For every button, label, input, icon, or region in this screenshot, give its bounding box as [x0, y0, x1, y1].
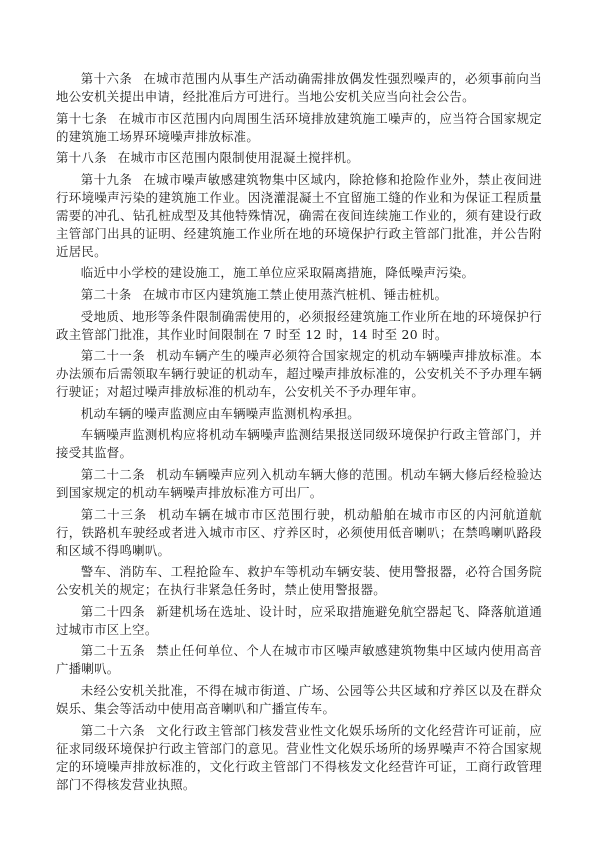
- paragraph-loudspeaker-approval: 未经公安机关批准，不得在城市街道、广场、公园等公共区域和疗养区以及在群众娱乐、集…: [56, 682, 542, 718]
- article-number: 第二十二条: [81, 467, 145, 482]
- paragraph-article-23: 第二十三条机动车辆在城市市区范围行驶，机动船舶在城市市区的内河航道航行，铁路机车…: [56, 506, 542, 560]
- paragraph-monitoring-report: 车辆噪声监测机构应将机动车辆噪声监测结果报送同级环境保护行政主管部门，并接受其监…: [56, 426, 542, 462]
- article-number: 第二十四条: [81, 604, 145, 619]
- paragraph-article-21: 第二十一条机动车辆产生的噪声必须符合国家规定的机动车辆噪声排放标准。本办法颁布后…: [56, 347, 542, 401]
- paragraph-article-19: 第十九条在城市噪声敏感建筑物集中区域内，除抢修和抢险作业外，禁止夜间进行环境噪声…: [56, 171, 542, 261]
- article-number: 第二十一条: [81, 348, 145, 363]
- article-number: 第十九条: [81, 172, 132, 187]
- article-number: 第十七条: [56, 111, 107, 126]
- paragraph-article-20: 第二十条在城市市区内建筑施工禁止使用蒸汽桩机、锤击桩机。: [56, 286, 542, 304]
- paragraph-article-22: 第二十二条机动车辆噪声应列入机动车辆大修的范围。机动车辆大修后经检验达到国家规定…: [56, 466, 542, 502]
- paragraph-geology-limits: 受地质、地形等条件限制确需使用的，必须报经建筑施工作业所在地的环境保护行政主管部…: [56, 308, 542, 344]
- paragraph-text: 在城市市区内建筑施工禁止使用蒸汽桩机、锤击桩机。: [143, 287, 448, 302]
- paragraph-text: 未经公安机关批准，不得在城市街道、广场、公园等公共区域和疗养区以及在群众娱乐、集…: [56, 683, 542, 716]
- article-number: 第十六条: [81, 71, 132, 86]
- paragraph-article-16: 第十六条在城市范围内从事生产活动确需排放偶发性强烈噪声的，必须事前向当地公安机关…: [56, 70, 542, 106]
- paragraph-text: 在城市市区范围内向周围生活环境排放建筑施工噪声的，应当符合国家规定的建筑施工场界…: [56, 111, 542, 144]
- article-number: 第二十五条: [81, 643, 145, 658]
- article-number: 第二十三条: [81, 507, 147, 522]
- paragraph-article-17: 第十七条在城市市区范围内向周围生活环境排放建筑施工噪声的，应当符合国家规定的建筑…: [56, 110, 542, 146]
- paragraph-text: 受地质、地形等条件限制确需使用的，必须报经建筑施工作业所在地的环境保护行政主管部…: [56, 309, 542, 342]
- article-number: 第十八条: [56, 150, 107, 165]
- paragraph-text: 警车、消防车、工程抢险车、救护车等机动车辆安装、使用警报器，必符合国务院公安机关…: [56, 564, 542, 597]
- article-number: 第二十六条: [81, 723, 145, 738]
- paragraph-text: 车辆噪声监测机构应将机动车辆噪声监测结果报送同级环境保护行政主管部门，并接受其监…: [56, 427, 542, 460]
- paragraph-text: 机动车辆的噪声监测应由车辆噪声监测机构承担。: [81, 406, 360, 421]
- paragraph-text: 临近中小学校的建设施工，施工单位应采取隔离措施，降低噪声污染。: [81, 265, 474, 280]
- article-number: 第二十条: [81, 287, 132, 302]
- paragraph-article-18: 第十八条在城市市区范围内限制使用混凝土搅拌机。: [56, 149, 542, 167]
- paragraph-text: 在城市市区范围内限制使用混凝土搅拌机。: [118, 150, 359, 165]
- paragraph-vehicle-monitoring: 机动车辆的噪声监测应由车辆噪声监测机构承担。: [56, 405, 542, 423]
- paragraph-school-construction: 临近中小学校的建设施工，施工单位应采取隔离措施，降低噪声污染。: [56, 264, 542, 282]
- paragraph-article-24: 第二十四条新建机场在选址、设计时，应采取措施避免航空器起飞、降落航道通过城市市区…: [56, 603, 542, 639]
- document-page: 第十六条在城市范围内从事生产活动确需排放偶发性强烈噪声的，必须事前向当地公安机关…: [56, 70, 542, 797]
- paragraph-article-25: 第二十五条禁止任何单位、个人在城市市区噪声敏感建筑物集中区域内使用高音广播喇叭。: [56, 642, 542, 678]
- paragraph-article-26: 第二十六条文化行政主管部门核发营业性文化娱乐场所的文化经营许可证前，应征求同级环…: [56, 722, 542, 794]
- paragraph-emergency-sirens: 警车、消防车、工程抢险车、救护车等机动车辆安装、使用警报器，必符合国务院公安机关…: [56, 563, 542, 599]
